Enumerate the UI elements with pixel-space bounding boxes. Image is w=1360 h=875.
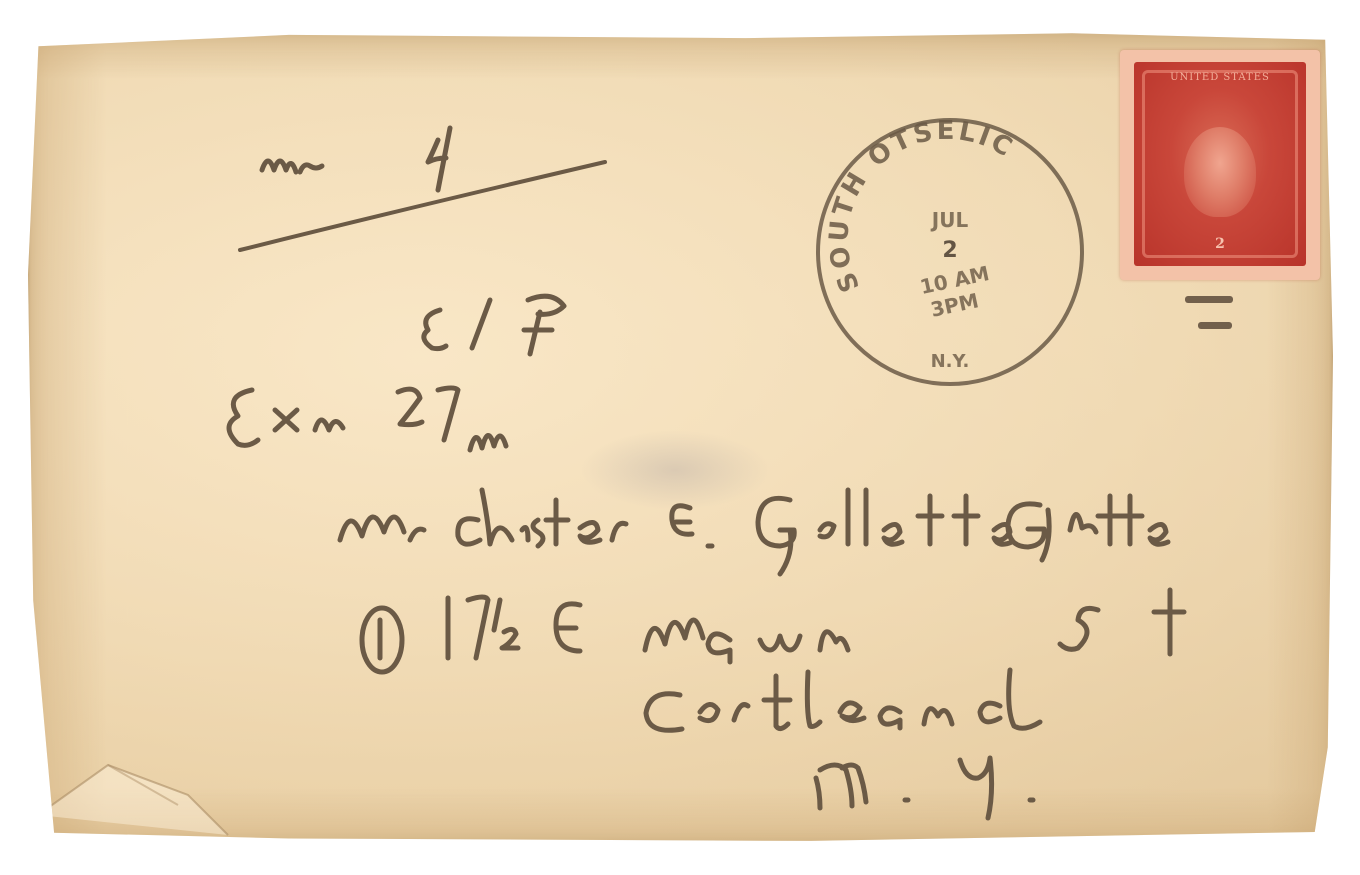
address-line2-strokes	[362, 590, 1184, 672]
envelope-scene: UNITED STATES 2 SOUTH OTSELIC JUL 2 10 A…	[0, 0, 1360, 875]
address-line4-strokes	[816, 758, 1033, 818]
address-line3-strokes	[646, 670, 1040, 730]
handwritten-notes	[0, 0, 1360, 875]
note-m4	[240, 128, 605, 250]
address-line1-strokes	[340, 490, 1168, 574]
note-e1f	[424, 296, 564, 354]
note-ex27m	[229, 388, 506, 450]
